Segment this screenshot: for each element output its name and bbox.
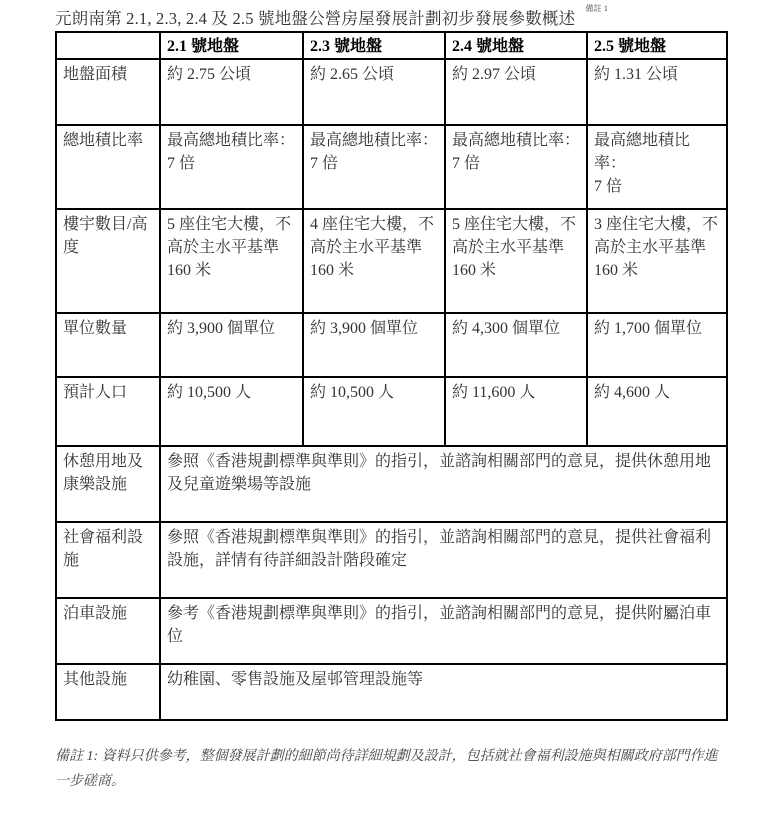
cell: 約 4,300 個單位 xyxy=(445,313,587,377)
cell: 約 2.65 公頃 xyxy=(303,59,445,125)
table-row: 單位數量 約 3,900 個單位 約 3,900 個單位 約 4,300 個單位… xyxy=(56,313,727,377)
table-row: 地盤面積 約 2.75 公頃 約 2.65 公頃 約 2.97 公頃 約 1.3… xyxy=(56,59,727,125)
merged-cell: 參照《香港規劃標準與準則》的指引，並諮詢相關部門的意見，提供社會福利設施，詳情有… xyxy=(160,522,727,598)
cell: 約 10,500 人 xyxy=(303,377,445,446)
cell: 5 座住宅大樓，不高於主水平基準 160 米 xyxy=(445,209,587,313)
cell: 約 3,900 個單位 xyxy=(303,313,445,377)
cell: 約 2.97 公頃 xyxy=(445,59,587,125)
row-label-population: 預計人口 xyxy=(56,377,160,446)
footnote-ref: 備註 1 xyxy=(585,4,608,13)
cell: 約 10,500 人 xyxy=(160,377,303,446)
cell: 約 4,600 人 xyxy=(587,377,727,446)
row-label-social-welfare: 社會福利設施 xyxy=(56,522,160,598)
cell: 約 11,600 人 xyxy=(445,377,587,446)
cell: 最高總地積比率： 7 倍 xyxy=(160,125,303,209)
merged-cell: 幼稚園、零售設施及屋邨管理設施等 xyxy=(160,664,727,720)
table-row: 預計人口 約 10,500 人 約 10,500 人 約 11,600 人 約 … xyxy=(56,377,727,446)
cell: 4 座住宅大樓，不高於主水平基準 160 米 xyxy=(303,209,445,313)
header-corner xyxy=(56,32,160,59)
row-label-other-facilities: 其他設施 xyxy=(56,664,160,720)
table-row: 休憩用地及康樂設施 參照《香港規劃標準與準則》的指引，並諮詢相關部門的意見，提供… xyxy=(56,446,727,522)
table-row: 樓宇數目/高度 5 座住宅大樓，不高於主水平基準 160 米 4 座住宅大樓，不… xyxy=(56,209,727,313)
table-row: 泊車設施 參考《香港規劃標準與準則》的指引，並諮詢相關部門的意見，提供附屬泊車位 xyxy=(56,598,727,664)
cell: 約 1.31 公頃 xyxy=(587,59,727,125)
document-title: 元朗南第 2.1, 2.3, 2.4 及 2.5 號地盤公營房屋發展計劃初步發展… xyxy=(55,5,608,29)
merged-cell: 參考《香港規劃標準與準則》的指引，並諮詢相關部門的意見，提供附屬泊車位 xyxy=(160,598,727,664)
cell: 5 座住宅大樓，不高於主水平基準 160 米 xyxy=(160,209,303,313)
row-label-flat-number: 單位數量 xyxy=(56,313,160,377)
table-row: 社會福利設施 參照《香港規劃標準與準則》的指引，並諮詢相關部門的意見，提供社會福… xyxy=(56,522,727,598)
header-site-2-1: 2.1 號地盤 xyxy=(160,32,303,59)
row-label-plot-ratio: 總地積比率 xyxy=(56,125,160,209)
cell: 約 1,700 個單位 xyxy=(587,313,727,377)
cell: 約 2.75 公頃 xyxy=(160,59,303,125)
table-header-row: 2.1 號地盤 2.3 號地盤 2.4 號地盤 2.5 號地盤 xyxy=(56,32,727,59)
cell: 最高總地積比率： 7 倍 xyxy=(587,125,727,209)
row-label-site-area: 地盤面積 xyxy=(56,59,160,125)
row-label-open-space: 休憩用地及康樂設施 xyxy=(56,446,160,522)
header-site-2-4: 2.4 號地盤 xyxy=(445,32,587,59)
table-row: 總地積比率 最高總地積比率： 7 倍 最高總地積比率： 7 倍 最高總地積比率：… xyxy=(56,125,727,209)
cell: 約 3,900 個單位 xyxy=(160,313,303,377)
row-label-buildings-height: 樓宇數目/高度 xyxy=(56,209,160,313)
cell: 最高總地積比率： 7 倍 xyxy=(303,125,445,209)
cell: 3 座住宅大樓，不高於主水平基準 160 米 xyxy=(587,209,727,313)
header-site-2-3: 2.3 號地盤 xyxy=(303,32,445,59)
table-row: 其他設施 幼稚園、零售設施及屋邨管理設施等 xyxy=(56,664,727,720)
title-text: 元朗南第 2.1, 2.3, 2.4 及 2.5 號地盤公營房屋發展計劃初步發展… xyxy=(55,9,575,28)
row-label-parking: 泊車設施 xyxy=(56,598,160,664)
cell: 最高總地積比率： 7 倍 xyxy=(445,125,587,209)
merged-cell: 參照《香港規劃標準與準則》的指引，並諮詢相關部門的意見，提供休憩用地及兒童遊樂場… xyxy=(160,446,727,522)
development-parameters-table: 2.1 號地盤 2.3 號地盤 2.4 號地盤 2.5 號地盤 地盤面積 約 2… xyxy=(55,31,728,721)
header-site-2-5: 2.5 號地盤 xyxy=(587,32,727,59)
footnote: 備註 1: 資料只供參考，整個發展計劃的細節尚待詳細規劃及設計，包括就社會福利設… xyxy=(55,744,725,794)
